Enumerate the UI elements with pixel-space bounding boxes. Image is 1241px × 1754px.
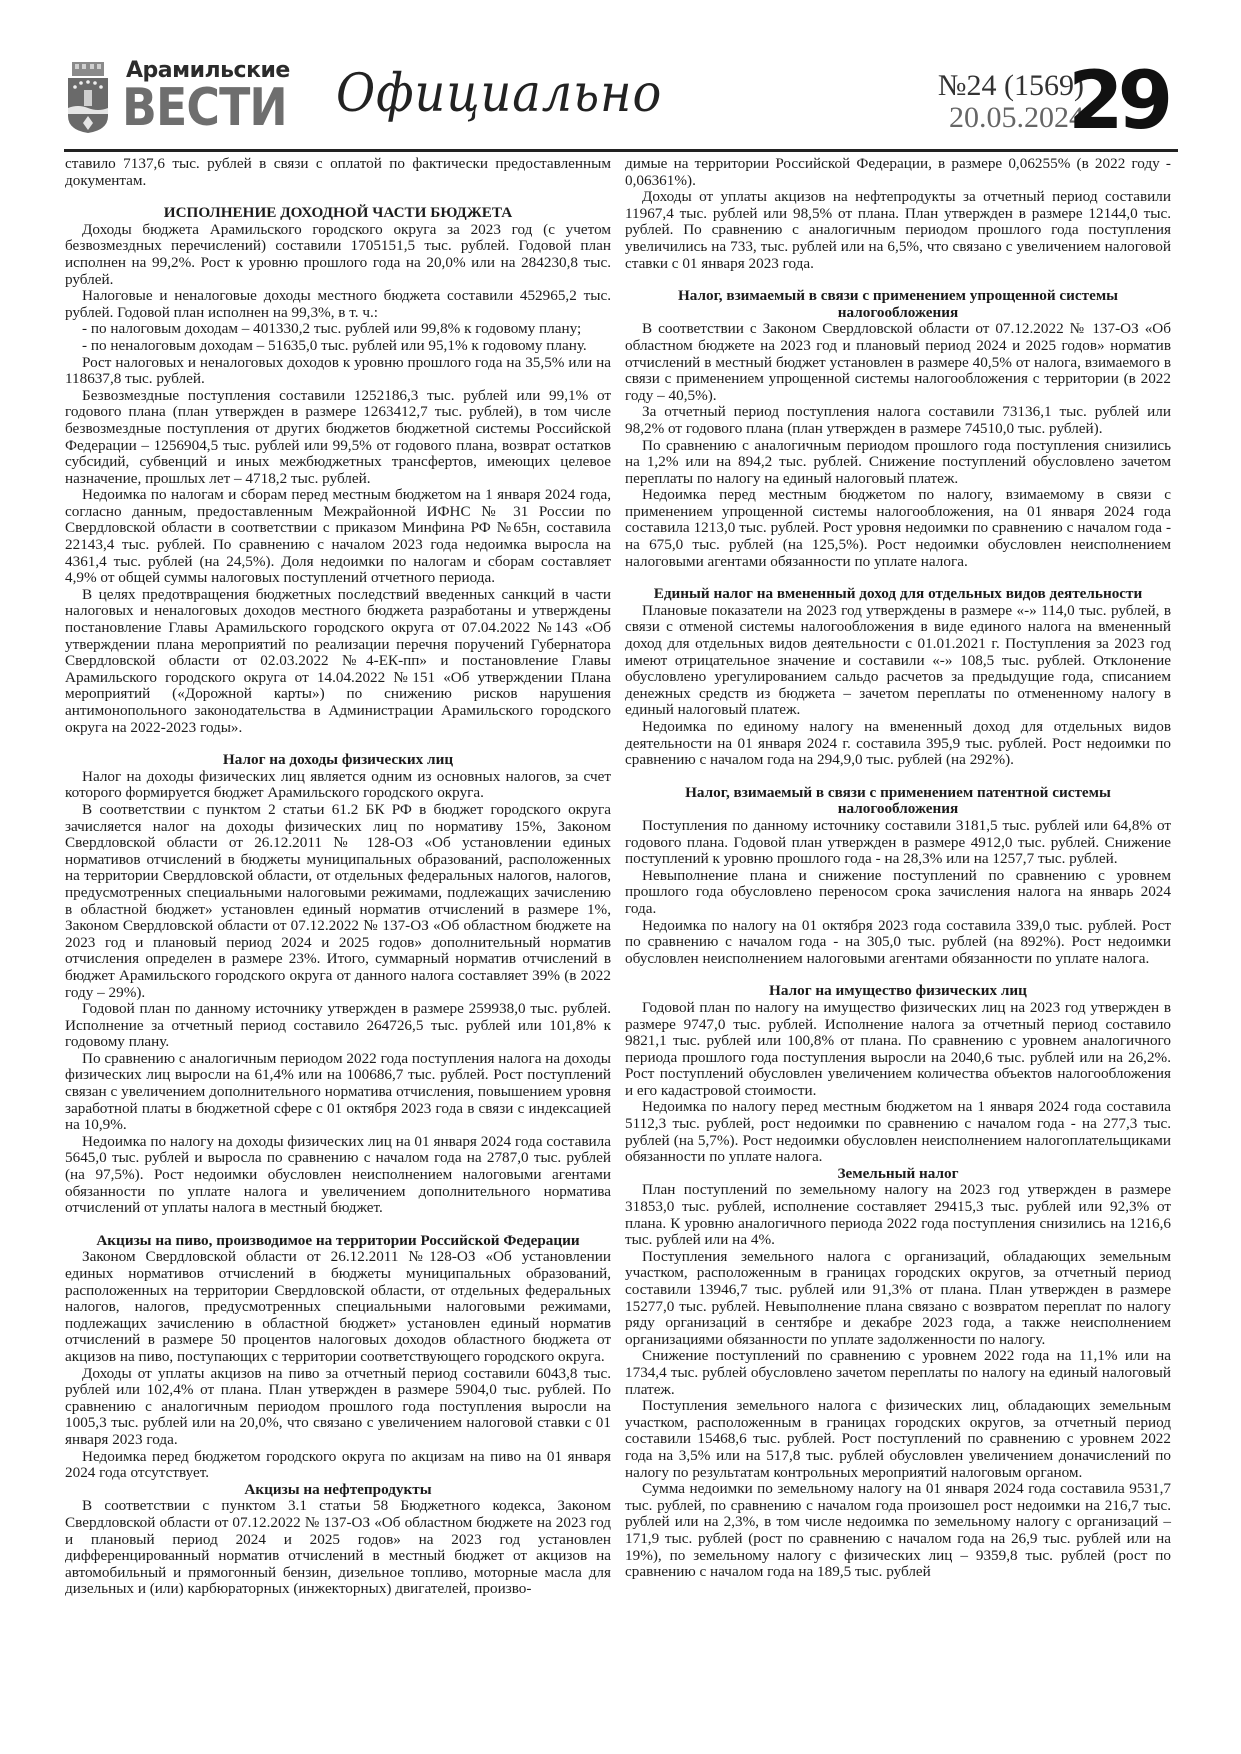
section-heading: ИСПОЛНЕНИЕ ДОХОДНОЙ ЧАСТИ БЮДЖЕТА <box>65 205 611 222</box>
paragraph: Недоимка по налогу на доходы физических … <box>65 1134 611 1217</box>
paragraph: В целях предотвращения бюджетных последс… <box>65 587 611 736</box>
paragraph: Недоимка перед местным бюджетом по налог… <box>625 487 1171 570</box>
issue-number: №24 (1569) <box>884 70 1084 102</box>
paragraph: Сумма недоимки по земельному налогу на 0… <box>625 1481 1171 1581</box>
paragraph: По сравнению с аналогичным периодом прош… <box>625 438 1171 488</box>
paragraph: План поступлений по земельному налогу на… <box>625 1182 1171 1248</box>
section-spacer <box>65 189 611 205</box>
paragraph: За отчетный период поступления налога со… <box>625 404 1171 437</box>
section-spacer <box>625 769 1171 785</box>
paragraph: По сравнению с аналогичным периодом 2022… <box>65 1051 611 1134</box>
paragraph: В соответствии с Законом Свердловской об… <box>625 321 1171 404</box>
page-number: 29 <box>1068 54 1167 147</box>
paragraph: димые на территории Российской Федерации… <box>625 156 1171 189</box>
paragraph: Налог на доходы физических лиц является … <box>65 769 611 802</box>
section-spacer <box>625 570 1171 586</box>
section-heading: Налог на доходы физических лиц <box>65 752 611 769</box>
paragraph: - по налоговым доходам – 401330,2 тыс. р… <box>65 321 611 338</box>
section-heading: Единый налог на вмененный доход для отде… <box>625 586 1171 603</box>
paragraph: В соответствии с пунктом 3.1 статьи 58 Б… <box>65 1498 611 1598</box>
left-column: ставило 7137,6 тыс. рублей в связи с опл… <box>65 156 611 1598</box>
section-heading: Земельный налог <box>625 1166 1171 1183</box>
section-heading: Акцизы на нефтепродукты <box>65 1482 611 1499</box>
paragraph: В соответствии с пунктом 2 статьи 61.2 Б… <box>65 802 611 1001</box>
paragraph: Доходы от уплаты акцизов на пиво за отче… <box>65 1366 611 1449</box>
paragraph: ставило 7137,6 тыс. рублей в связи с опл… <box>65 156 611 189</box>
paragraph: Годовой план по налогу на имущество физи… <box>625 1000 1171 1100</box>
paragraph: Поступления по данному источнику состави… <box>625 818 1171 868</box>
paragraph: Доходы бюджета Арамильского городского о… <box>65 222 611 288</box>
paragraph: Недоимка по налогу перед местным бюджето… <box>625 1099 1171 1165</box>
paragraph: Невыполнение плана и снижение поступлени… <box>625 868 1171 918</box>
paragraph: Доходы от уплаты акцизов на нефтепродукт… <box>625 189 1171 272</box>
issue-info: №24 (1569) 20.05.2024 <box>884 70 1084 134</box>
section-spacer <box>65 1217 611 1233</box>
newspaper-name-main: ВЕСТИ <box>122 80 287 136</box>
paragraph: Годовой план по данному источнику утверж… <box>65 1001 611 1051</box>
paragraph: Недоимка по единому налогу на вмененный … <box>625 719 1171 769</box>
section-heading: Налог на имущество физических лиц <box>625 983 1171 1000</box>
paragraph: Недоимка по налогам и сборам перед местн… <box>65 487 611 587</box>
paragraph: Безвозмездные поступления составили 1252… <box>65 388 611 488</box>
section-heading: Налог, взимаемый в связи с применением у… <box>625 288 1171 321</box>
section-heading: Налог, взимаемый в связи с применением п… <box>625 785 1171 818</box>
paragraph: Плановые показатели на 2023 год утвержде… <box>625 603 1171 719</box>
masthead: Арамильские ВЕСТИ Официально №24 (1569) … <box>64 58 1178 148</box>
paragraph: Налоговые и неналоговые доходы местного … <box>65 288 611 321</box>
paragraph: - по неналоговым доходам – 51635,0 тыс. … <box>65 338 611 355</box>
section-title: Официально <box>336 64 662 124</box>
paragraph: Поступления земельного налога с физическ… <box>625 1398 1171 1481</box>
city-coat-of-arms-icon <box>66 60 110 134</box>
issue-date: 20.05.2024 <box>884 102 1084 134</box>
paragraph: Снижение поступлений по сравнению с уров… <box>625 1348 1171 1398</box>
paragraph: Недоимка перед бюджетом городского округ… <box>65 1449 611 1482</box>
newspaper-logo: Арамильские ВЕСТИ <box>64 58 304 138</box>
section-spacer <box>625 272 1171 288</box>
paragraph: Законом Свердловской области от 26.12.20… <box>65 1249 611 1365</box>
header-rule <box>64 149 1178 152</box>
section-spacer <box>65 736 611 752</box>
section-spacer <box>625 967 1171 983</box>
paragraph: Недоимка по налогу на 01 октября 2023 го… <box>625 918 1171 968</box>
paragraph: Поступления земельного налога с организа… <box>625 1249 1171 1349</box>
section-heading: Акцизы на пиво, производимое на территор… <box>65 1233 611 1250</box>
paragraph: Рост налоговых и неналоговых доходов к у… <box>65 355 611 388</box>
right-column: димые на территории Российской Федерации… <box>625 156 1171 1581</box>
